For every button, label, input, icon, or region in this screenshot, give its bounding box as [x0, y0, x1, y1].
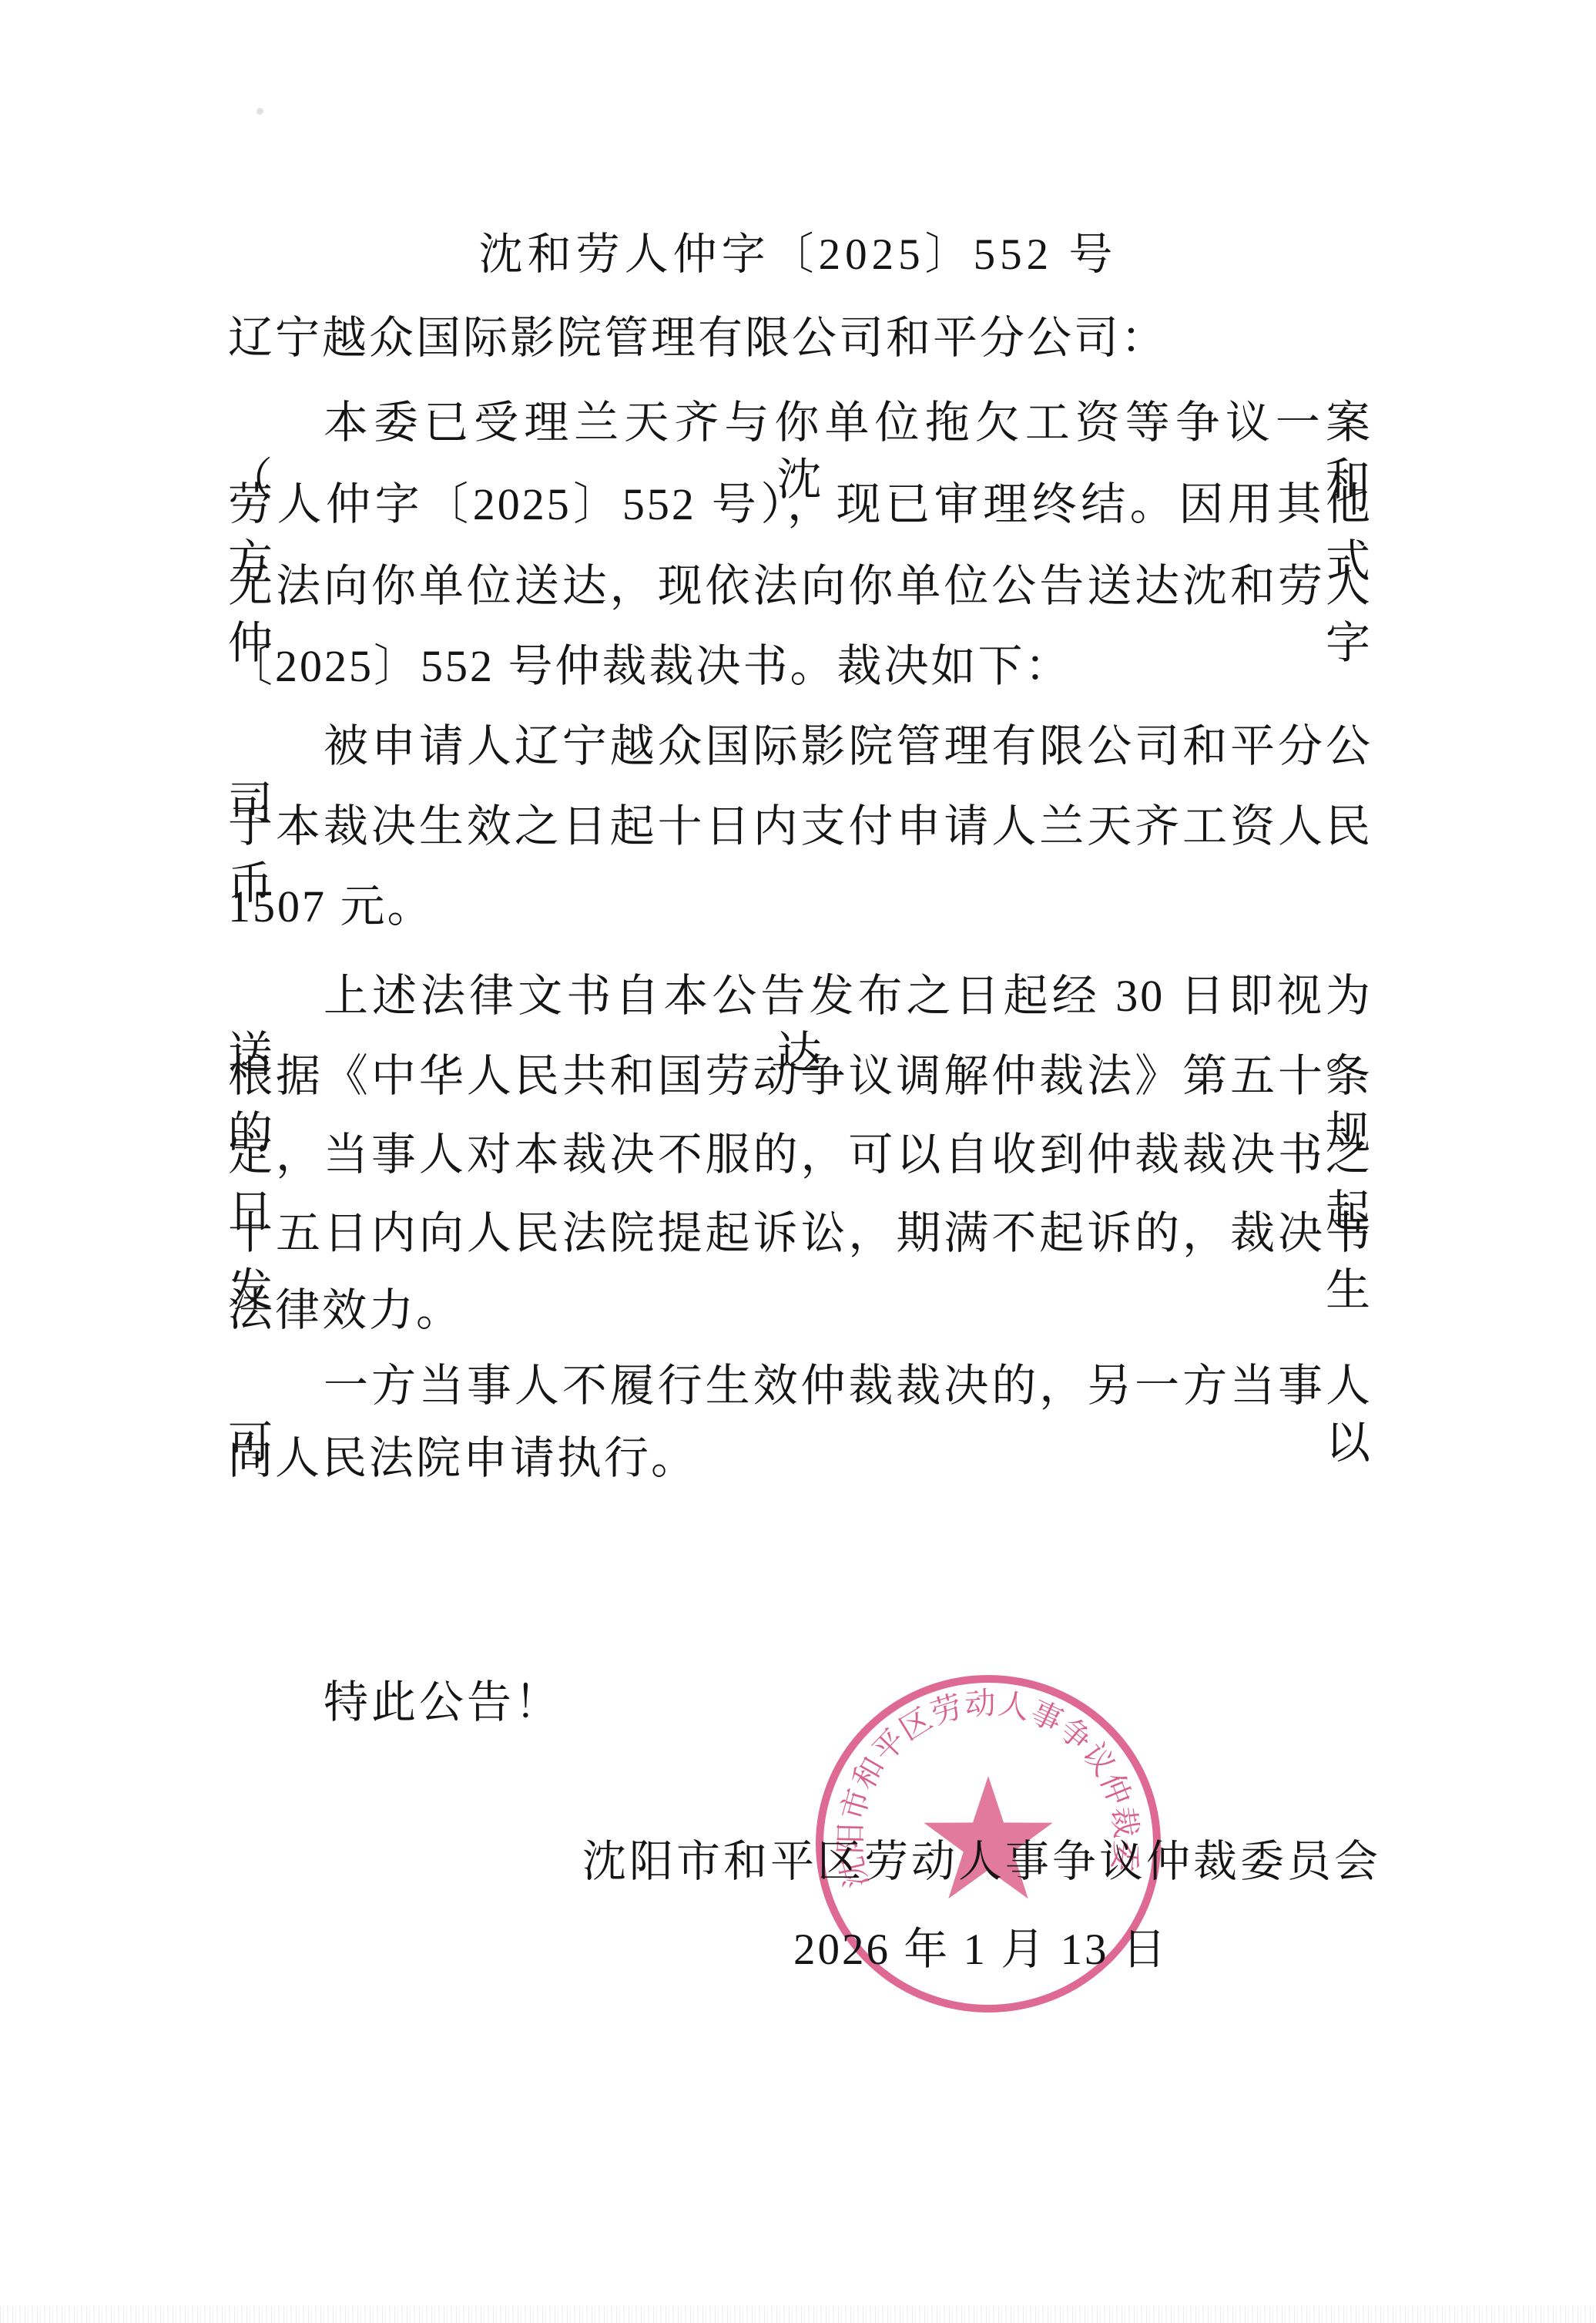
body-line: 1507 元。: [228, 878, 1373, 935]
issue-date: 2026 年 1 月 13 日: [793, 1914, 1168, 1977]
body-line: 向人民法院申请执行。: [228, 1430, 1373, 1487]
scanner-noise-band: [0, 2306, 1596, 2323]
scan-speck: [256, 108, 263, 115]
body-line: 法律效力。: [228, 1282, 1373, 1339]
document-number-title: 沈和劳人仲字〔2025〕552 号: [0, 219, 1596, 282]
document-page: 沈和劳人仲字〔2025〕552 号 辽宁越众国际影院管理有限公司和平分公司： 本…: [0, 0, 1596, 2323]
closing-statement: 特此公告！: [228, 1666, 1373, 1731]
addressee-line: 辽宁越众国际影院管理有限公司和平分公司：: [228, 310, 1373, 367]
body-line: 〔2025〕552 号仲裁裁决书。裁决如下：: [228, 638, 1373, 695]
issuing-authority-signature: 沈阳市和平区劳动人事争议仲裁委员会: [582, 1826, 1381, 1889]
